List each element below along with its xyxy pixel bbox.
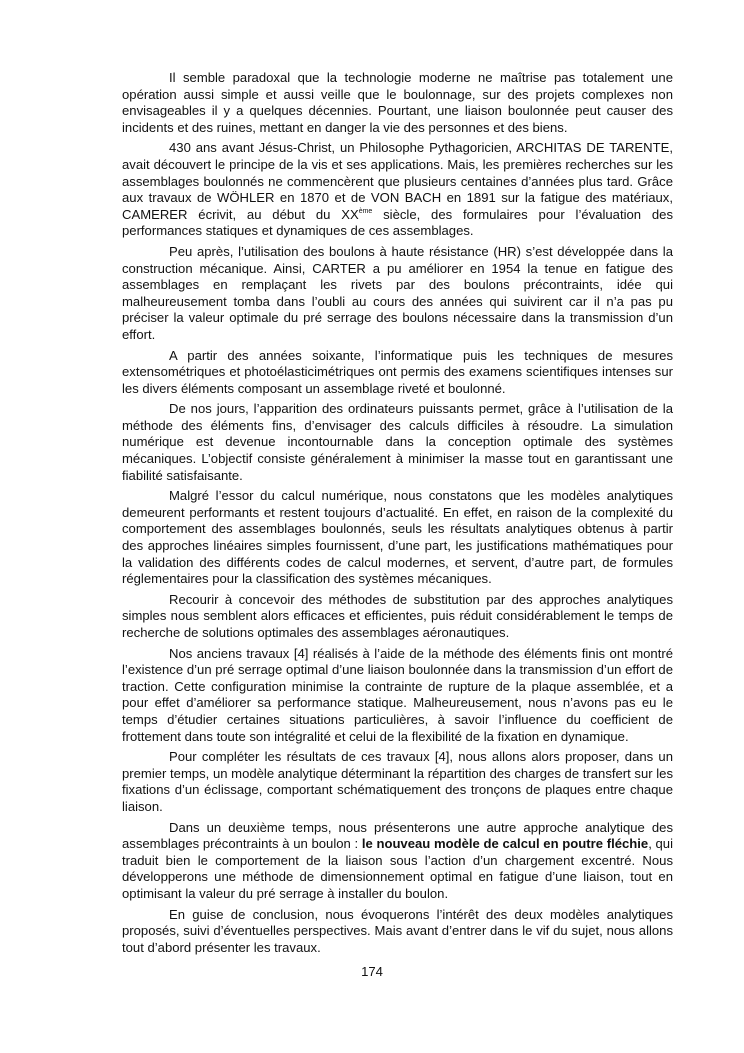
page-number: 174 [0, 964, 744, 979]
paragraph-history: 430 ans avant Jésus-Christ, un Philosoph… [122, 140, 673, 240]
paragraph-analytic-models: Malgré l’essor du calcul numérique, nous… [122, 488, 673, 588]
paragraph-intro: Il semble paradoxal que la technologie m… [122, 70, 673, 136]
paragraph-computers: De nos jours, l’apparition des ordinateu… [122, 401, 673, 484]
bold-model-name: le nouveau modèle de calcul en poutre fl… [362, 836, 648, 851]
paragraph-substitution: Recourir à concevoir des méthodes de sub… [122, 592, 673, 642]
paragraph-previous-work: Nos anciens travaux [4] réalisés à l’aid… [122, 646, 673, 746]
document-body: Il semble paradoxal que la technologie m… [122, 70, 673, 960]
paragraph-hr-bolts: Peu après, l’utilisation des boulons à h… [122, 244, 673, 344]
paragraph-first-step: Pour compléter les résultats de ces trav… [122, 749, 673, 815]
paragraph-sixties: A partir des années soixante, l’informat… [122, 348, 673, 398]
paragraph-conclusion: En guise de conclusion, nous évoquerons … [122, 907, 673, 957]
paragraph-second-step: Dans un deuxième temps, nous présenteron… [122, 820, 673, 903]
superscript-eme: ème [359, 208, 373, 215]
